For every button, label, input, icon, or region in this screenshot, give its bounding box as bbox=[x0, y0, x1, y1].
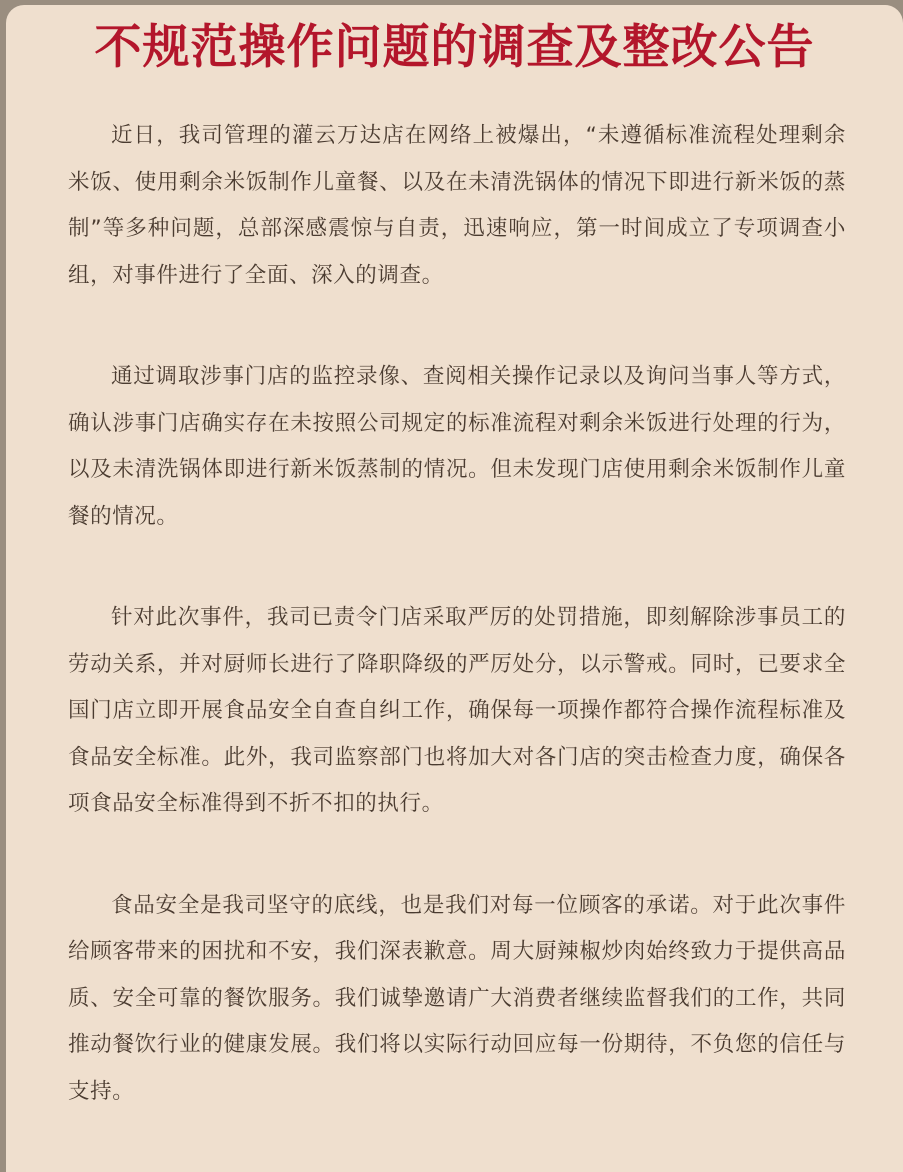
paragraph-commitment: 食品安全是我司坚守的底线，也是我们对每一位顾客的承诺。对于此次事件给顾客带来的困… bbox=[68, 883, 846, 1116]
announcement-title: 不规范操作问题的调查及整改公告 bbox=[6, 19, 903, 77]
paragraph-findings: 通过调取涉事门店的监控录像、查阅相关操作记录以及询问当事人等方式，确认涉事门店确… bbox=[68, 354, 846, 540]
announcement-body: 近日，我司管理的灌云万达店在网络上被爆出，“未遵循标准流程处理剩余米饭、使用剩余… bbox=[68, 113, 846, 1115]
announcement-page: 不规范操作问题的调查及整改公告 近日，我司管理的灌云万达店在网络上被爆出，“未遵… bbox=[6, 5, 903, 1172]
paragraph-measures: 针对此次事件，我司已责令门店采取严厉的处罚措施，即刻解除涉事员工的劳动关系，并对… bbox=[68, 595, 846, 828]
paragraph-incident: 近日，我司管理的灌云万达店在网络上被爆出，“未遵循标准流程处理剩余米饭、使用剩余… bbox=[68, 113, 846, 299]
